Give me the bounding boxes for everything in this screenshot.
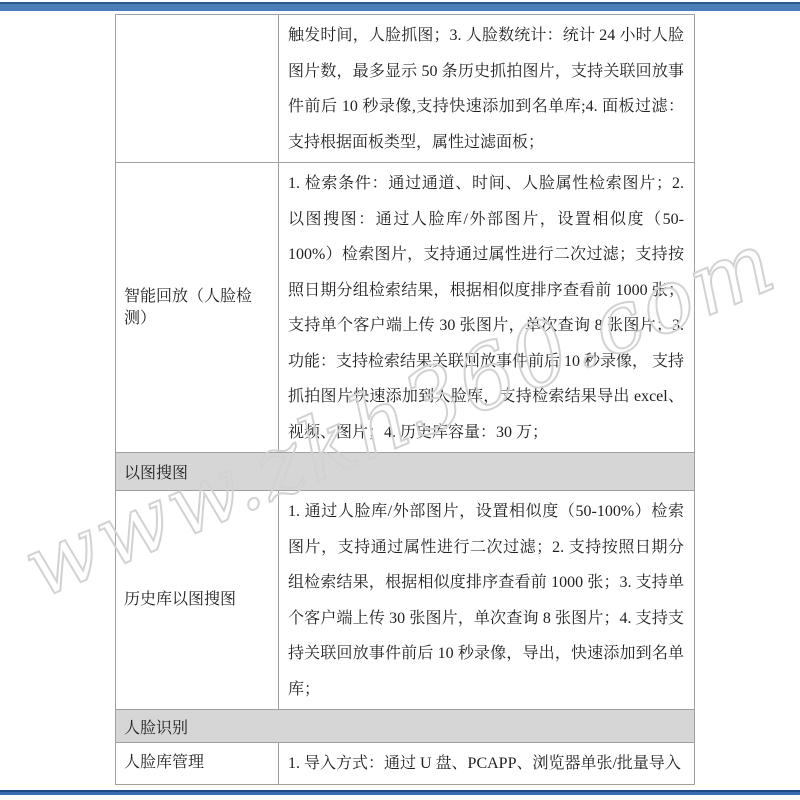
table-row: 人脸库管理1. 导入方式：通过 U 盘、PCAPP、浏览器单张/批量导入 xyxy=(116,743,695,785)
table-row: 历史库以图搜图1. 通过人脸库/外部图片，设置相似度（50-100%）检索图片，… xyxy=(116,491,695,710)
feature-label: 智能回放（人脸检测） xyxy=(116,163,279,453)
page-bottom-border-light xyxy=(0,792,800,795)
page-top-border xyxy=(0,2,800,11)
feature-label xyxy=(116,15,279,163)
table-row: 触发时间，人脸抓图；3. 人脸数统计：统计 24 小时人脸图片数，最多显示 50… xyxy=(116,15,695,163)
section-row: 以图搜图 xyxy=(116,453,695,491)
feature-description: 触发时间，人脸抓图；3. 人脸数统计：统计 24 小时人脸图片数，最多显示 50… xyxy=(279,15,695,163)
feature-description: 1. 通过人脸库/外部图片，设置相似度（50-100%）检索图片，支持通过属性进… xyxy=(279,491,695,710)
feature-label: 历史库以图搜图 xyxy=(116,491,279,710)
section-label: 以图搜图 xyxy=(116,453,695,491)
spec-table-body: 触发时间，人脸抓图；3. 人脸数统计：统计 24 小时人脸图片数，最多显示 50… xyxy=(116,15,695,785)
feature-description: 1. 检索条件：通过通道、时间、人脸属性检索图片；2. 以图搜图：通过人脸库/外… xyxy=(279,163,695,453)
section-label: 人脸识别 xyxy=(116,710,695,743)
spec-table: 触发时间，人脸抓图；3. 人脸数统计：统计 24 小时人脸图片数，最多显示 50… xyxy=(115,14,695,785)
section-row: 人脸识别 xyxy=(116,710,695,743)
feature-description: 1. 导入方式：通过 U 盘、PCAPP、浏览器单张/批量导入 xyxy=(279,743,695,785)
table-row: 智能回放（人脸检测）1. 检索条件：通过通道、时间、人脸属性检索图片；2. 以图… xyxy=(116,163,695,453)
feature-label: 人脸库管理 xyxy=(116,743,279,785)
